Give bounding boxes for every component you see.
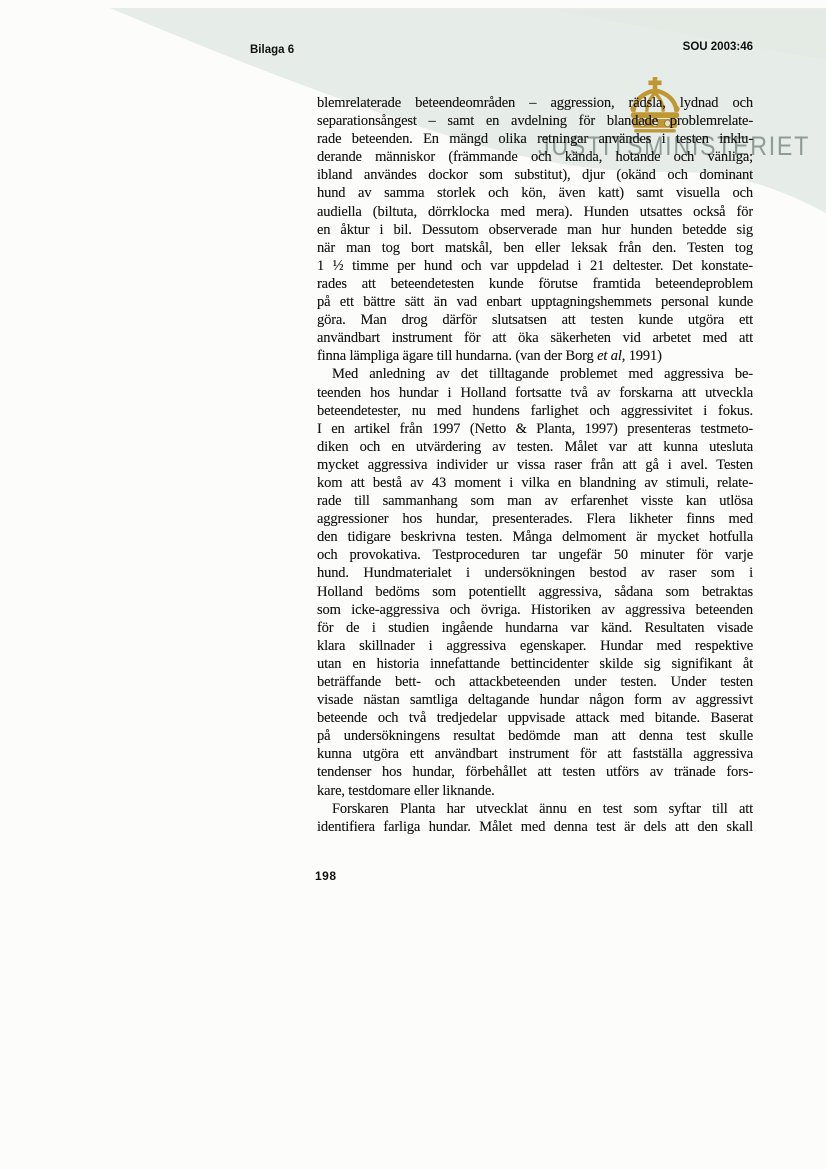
text-line: rade till sammanhang som man av erfarenh… [317,492,753,510]
text-line: kom att bestå av 43 moment i vilka en bl… [317,474,753,492]
text-line: I en artikel från 1997 (Netto & Planta, … [317,420,753,438]
text-line: identifiera farliga hundar. Målet med de… [317,818,753,836]
text-line: på ett bättre sätt än vad enbart upptagn… [317,293,753,311]
text-line: och provokativa. Testproceduren tar unge… [317,546,753,564]
text-line: teenden hos hundar i Holland fortsatte t… [317,384,753,402]
header-appendix-label: Bilaga 6 [250,44,294,56]
citation-et-al: et al [597,348,622,364]
text-line: som icke-aggressiva och övriga. Historik… [317,601,753,619]
text-line: beteendetester, nu med hundens farlighet… [317,402,753,420]
document-page: Bilaga 6 SOU 2003:46 blemrelaterade bete… [0,0,826,1169]
text-line: audiella (biltuta, dörrklocka med mera).… [317,203,753,221]
text-line: blemrelaterade beteendeområden – aggress… [317,94,753,112]
text-line-citation: finna lämpliga ägare till hundarna. (van… [317,347,753,365]
body-text: blemrelaterade beteendeområden – aggress… [317,94,753,836]
text-line: användbart instrument för att öka säkerh… [317,329,753,347]
text-line: klara skillnader i aggressiva egenskaper… [317,637,753,655]
text-line: göra. Man drog därför slutsatsen att tes… [317,311,753,329]
text-line: ibland användes dockor som substitut), d… [317,166,753,184]
text-line: den tidigare beskrivna testen. Många del… [317,528,753,546]
text-line: Med anledning av det tilltagande problem… [317,365,753,383]
citation-pre: finna lämpliga ägare till hundarna. (van… [317,348,597,364]
text-line: mycket aggressiva individer ur vissa ras… [317,456,753,474]
text-line: kunna utgöra ett användbart instrument f… [317,745,753,763]
text-line: när man tog bort matskål, ben eller leks… [317,239,753,257]
text-line: diken och en utvärdering av testen. Måle… [317,438,753,456]
citation-post: , 1991) [622,348,662,364]
page-number: 198 [315,869,337,883]
header-document-id: SOU 2003:46 [683,41,753,53]
text-line: hund. Hundmaterialet i undersökningen be… [317,564,753,582]
text-line: tendenser hos hundar, förbehållet att te… [317,763,753,781]
watermark-text: JUSTITSMINISTERIET [538,131,810,161]
text-line: beteende och två tredjedelar uppvisade a… [317,709,753,727]
crown-icon [626,77,684,133]
text-line: hund av samma storlek och kön, även katt… [317,184,753,202]
text-line: rades att beteendetesten kunde förutse f… [317,275,753,293]
text-line: kare, testdomare eller liknande. [317,782,753,800]
text-line: beträffande bett- och attackbeteenden un… [317,673,753,691]
page-header: Bilaga 6 SOU 2003:46 [0,44,826,60]
text-line: Forskaren Planta har utvecklat ännu en t… [317,800,753,818]
text-line: utan en historia innefattande bettincide… [317,655,753,673]
text-line: för de i studien ingående hundarna var k… [317,619,753,637]
text-line: visade nästan samtliga deltagande hundar… [317,691,753,709]
text-line: aggressioner hos hundar, presenterades. … [317,510,753,528]
watermark-lettering: JUSTITSMINISTERIET [536,128,826,164]
text-line: Holland bedöms som potentiellt aggressiv… [317,583,753,601]
text-line: 1 ½ timme per hund och var uppdelad i 21… [317,257,753,275]
text-line: på undersökningens resultat bedömde man … [317,727,753,745]
text-line: en åktur i bil. Dessutom observerade man… [317,221,753,239]
